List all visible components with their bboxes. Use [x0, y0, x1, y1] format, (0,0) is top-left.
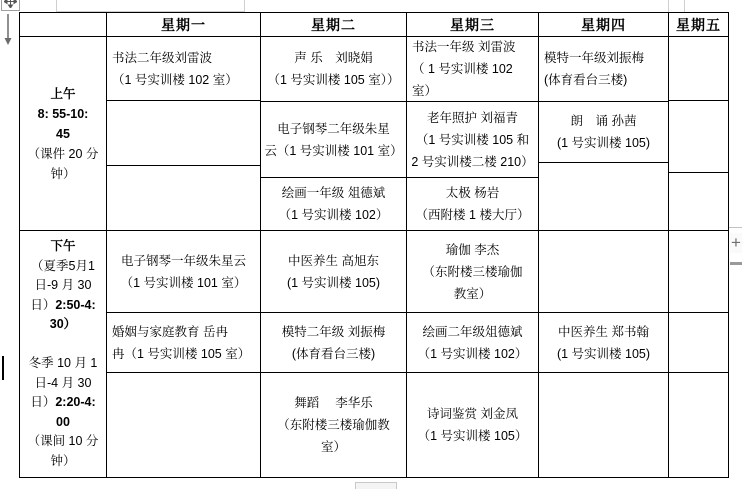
cell-thu-am-2[interactable]: 朗 诵 孙茜 (1 号实训楼 105)	[539, 102, 669, 163]
cell-text: 电子钢琴一年级朱星云 （1 号实训楼 101 室）	[121, 250, 247, 294]
header-day-mon[interactable]: 星期一	[107, 13, 261, 37]
cell-text: 电子钢琴二年级朱星 云（1 号实训楼 101 室）	[264, 118, 402, 162]
cell-fri-pm-2[interactable]	[669, 313, 729, 373]
cell-text: 婚姻与家庭教育 岳冉 冉（1 号实训楼 105 室）	[112, 321, 250, 365]
table-header-row: 星期一星期二星期三星期四星期五	[20, 13, 729, 37]
time-text-run: 2:20-4: 00	[55, 395, 95, 429]
time-cell-am[interactable]: 上午 8: 55-10: 45 （课件 20 分 钟）	[20, 37, 107, 231]
cell-wed-am-2[interactable]: 老年照护 刘福青 （1 号实训楼 105 和 2 号实训楼二楼 210）	[407, 102, 539, 178]
scrollbar-separator-top	[729, 227, 742, 228]
cell-mon-am-1[interactable]: 书法二年级刘雷波 （1 号实训楼 102 室）	[107, 37, 261, 101]
cell-text: 模特二年级 刘振梅 (体育看台三楼)	[282, 321, 385, 365]
cell-wed-pm-3[interactable]: 诗词鉴赏 刘金凤 （1 号实训楼 105）	[407, 373, 539, 478]
time-text-run: （课件 20 分 钟）	[28, 147, 99, 181]
cell-text: 瑜伽 李杰 （东附楼三楼瑜伽 教室）	[422, 239, 522, 305]
cell-mon-pm-3[interactable]	[107, 373, 261, 478]
cell-tue-pm-3[interactable]: 舞蹈 李华乐 （东附楼三楼瑜伽教 室）	[261, 373, 407, 478]
cell-mon-pm-2[interactable]: 婚姻与家庭教育 岳冉 冉（1 号实训楼 105 室）	[107, 313, 261, 373]
cell-fri-pm-1[interactable]	[669, 231, 729, 313]
header-corner-cell[interactable]	[20, 13, 107, 37]
cell-thu-am-3[interactable]	[539, 163, 669, 231]
table-body: 上午 8: 55-10: 45 （课件 20 分 钟） 下午 （夏季5月1 日-…	[20, 37, 729, 478]
four-arrows-icon	[4, 0, 17, 8]
time-cell-pm[interactable]: 下午 （夏季5月1 日-9 月 30 日）2:50-4: 30） 冬季 10 月…	[20, 231, 107, 478]
cell-tue-pm-2[interactable]: 模特二年级 刘振梅 (体育看台三楼)	[261, 313, 407, 373]
table-move-handle-icon[interactable]	[1, 0, 20, 11]
cell-wed-pm-2[interactable]: 绘画二年级俎德斌 （1 号实训楼 102）	[407, 313, 539, 373]
time-text-run: 下午	[50, 239, 75, 253]
header-day-fri[interactable]: 星期五	[669, 13, 729, 37]
day-column-fri	[669, 37, 729, 478]
header-day-wed[interactable]: 星期三	[407, 13, 539, 37]
day-column-tue: 声 乐 刘晓娟 （1 号实训楼 105 室））电子钢琴二年级朱星 云（1 号实训…	[261, 37, 407, 478]
time-text-run: （课间 10 分 钟）	[28, 434, 99, 468]
cell-text: 中医养生 郑书翰 (1 号实训楼 105)	[557, 321, 650, 365]
cell-mon-am-3[interactable]	[107, 166, 261, 231]
day-column-mon: 书法二年级刘雷波 （1 号实训楼 102 室）电子钢琴一年级朱星云 （1 号实训…	[107, 37, 261, 478]
time-text-run: 上午	[50, 87, 75, 101]
cell-wed-am-1[interactable]: 书法一年级 刘雷波 （ 1 号实训楼 102 室）	[407, 37, 539, 102]
pm-time-text: 下午 （夏季5月1 日-9 月 30 日）2:50-4: 30） 冬季 10 月…	[28, 237, 99, 471]
cell-text: 舞蹈 李华乐 （东附楼三楼瑜伽教 室）	[277, 392, 390, 458]
cell-text: 声 乐 刘晓娟 （1 号实训楼 105 室））	[268, 47, 400, 91]
cell-text: 太极 杨岩 （西附楼 1 楼大厅）	[416, 182, 530, 226]
time-text-run: 8: 55-10: 45	[38, 107, 89, 141]
cell-thu-pm-2[interactable]: 中医养生 郑书翰 (1 号实训楼 105)	[539, 313, 669, 373]
ui-artifact-bottom	[355, 482, 397, 489]
cell-wed-pm-1[interactable]: 瑜伽 李杰 （东附楼三楼瑜伽 教室）	[407, 231, 539, 313]
cell-thu-pm-3[interactable]	[539, 373, 669, 478]
schedule-table[interactable]: 星期一星期二星期三星期四星期五 上午 8: 55-10: 45 （课件 20 分…	[19, 12, 729, 478]
cell-fri-am-2[interactable]	[669, 101, 729, 173]
minus-control[interactable]	[730, 262, 742, 265]
cell-mon-pm-1[interactable]: 电子钢琴一年级朱星云 （1 号实训楼 101 室）	[107, 231, 261, 313]
text-cursor	[2, 356, 4, 380]
cell-tue-am-3[interactable]: 绘画一年级 俎德斌 （1 号实训楼 102）	[261, 178, 407, 231]
down-arrow-icon	[2, 14, 14, 51]
cell-mon-am-2[interactable]	[107, 101, 261, 166]
time-column: 上午 8: 55-10: 45 （课件 20 分 钟） 下午 （夏季5月1 日-…	[20, 37, 107, 478]
cell-tue-am-2[interactable]: 电子钢琴二年级朱星 云（1 号实训楼 101 室）	[261, 102, 407, 178]
cell-text: 绘画一年级 俎德斌 （1 号实训楼 102）	[279, 182, 389, 226]
cell-text: 书法二年级刘雷波 （1 号实训楼 102 室）	[112, 47, 238, 91]
cell-fri-pm-3[interactable]	[669, 373, 729, 478]
cell-fri-am-1[interactable]	[669, 37, 729, 101]
plus-control[interactable]: +	[730, 233, 742, 253]
time-text-run: 2:50-4: 30）	[50, 298, 96, 332]
cell-text: 绘画二年级俎德斌 （1 号实训楼 102）	[418, 321, 528, 365]
cell-wed-am-3[interactable]: 太极 杨岩 （西附楼 1 楼大厅）	[407, 178, 539, 231]
am-time-text: 上午 8: 55-10: 45 （课件 20 分 钟）	[28, 84, 99, 184]
cell-text: 中医养生 高旭东 (1 号实训楼 105)	[287, 250, 380, 294]
cell-thu-am-1[interactable]: 模特一年级刘振梅 (体育看台三楼)	[539, 37, 669, 102]
ui-artifact-top	[56, 0, 245, 12]
cell-thu-pm-1[interactable]	[539, 231, 669, 313]
cell-fri-am-3[interactable]	[669, 173, 729, 231]
cell-text: 模特一年级刘振梅 (体育看台三楼)	[544, 47, 644, 91]
cell-text: 书法一年级 刘雷波 （ 1 号实训楼 102 室）	[412, 37, 515, 102]
header-day-thu[interactable]: 星期四	[539, 13, 669, 37]
header-day-tue[interactable]: 星期二	[261, 13, 407, 37]
cell-text: 朗 诵 孙茜 (1 号实训楼 105)	[557, 110, 650, 154]
day-column-wed: 书法一年级 刘雷波 （ 1 号实训楼 102 室）老年照护 刘福青 （1 号实训…	[407, 37, 539, 478]
word-document-page: 星期一星期二星期三星期四星期五 上午 8: 55-10: 45 （课件 20 分…	[0, 0, 742, 489]
cell-tue-pm-1[interactable]: 中医养生 高旭东 (1 号实训楼 105)	[261, 231, 407, 313]
cell-text: 诗词鉴赏 刘金凤 （1 号实训楼 105）	[418, 403, 528, 447]
cell-text: 老年照护 刘福青 （1 号实训楼 105 和 2 号实训楼二楼 210）	[411, 107, 533, 173]
day-column-thu: 模特一年级刘振梅 (体育看台三楼)朗 诵 孙茜 (1 号实训楼 105)中医养生…	[539, 37, 669, 478]
cell-tue-am-1[interactable]: 声 乐 刘晓娟 （1 号实训楼 105 室））	[261, 37, 407, 102]
